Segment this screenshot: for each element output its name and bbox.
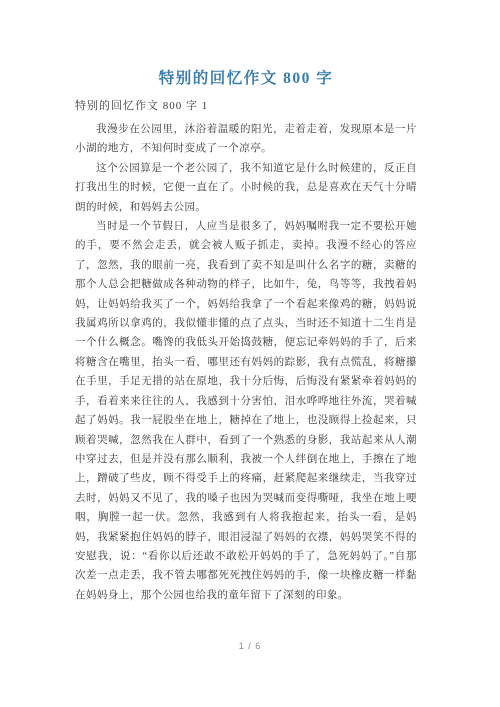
essay-paragraph: 我漫步在公园里，沐浴着温暖的阳光，走着走着，发现原本是一片小湖的地方，不知何时变… [75, 120, 417, 159]
essay-paragraph: 这个公园算是一个老公园了，我不知道它是什么时候建的，反正自打我出生的时候，它便一… [75, 159, 417, 217]
document-content: 特别的回忆作文 800 字 特别的回忆作文 800 字 1 我漫步在公园里，沐浴… [0, 0, 500, 605]
essay-body: 我漫步在公园里，沐浴着温暖的阳光，走着走着，发现原本是一片小湖的地方，不知何时变… [75, 120, 417, 605]
document-page: 特别的回忆作文 800 字 特别的回忆作文 800 字 1 我漫步在公园里，沐浴… [0, 0, 500, 707]
document-subtitle: 特别的回忆作文 800 字 1 [75, 99, 417, 113]
page-number-indicator: 1 / 6 [0, 641, 500, 651]
essay-paragraph: 当时是一个节假日，人应当是很多了，妈妈嘱咐我一定不要松开她的手，要不然会走丢，就… [75, 217, 417, 605]
page-title: 特别的回忆作文 800 字 [75, 69, 417, 88]
